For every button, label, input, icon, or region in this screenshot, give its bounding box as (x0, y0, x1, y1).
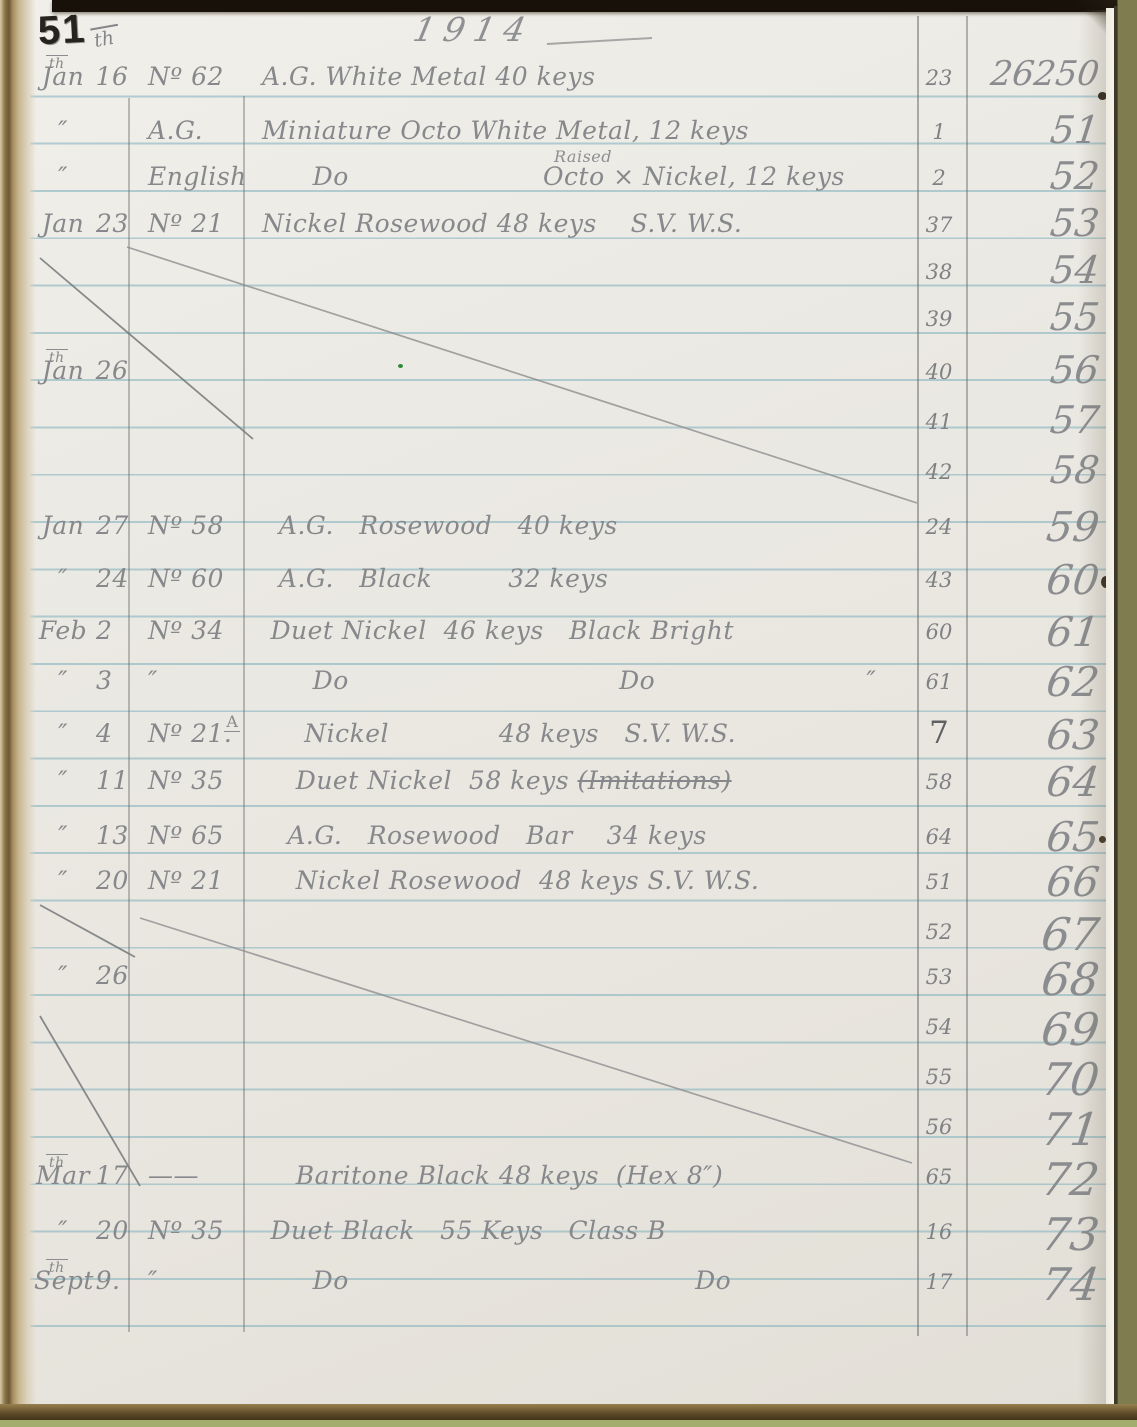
entry-description (262, 1011, 912, 1040)
entry-description (262, 406, 912, 435)
entry-description: Do Octo × Nickel, 12 keysRaised (262, 162, 912, 191)
ledger-row: Jan23 Nº 21 Nickel Rosewood 48 keys S.V.… (0, 205, 1117, 253)
entry-date: ″ (34, 116, 156, 145)
ledger-row: 54 69 (0, 1007, 1117, 1055)
entry-description-text: A.G. Rosewood Bar 34 keys (262, 821, 707, 850)
entry-model-number (140, 961, 258, 990)
entry-date: ″ (34, 162, 156, 191)
entry-description (262, 916, 912, 945)
entry-date: Septth9. (34, 1266, 156, 1295)
entry-count: 23 (914, 66, 964, 90)
entry-count: 43 (914, 568, 964, 592)
entry-count: 61 (914, 670, 964, 694)
entry-date-day: 26 (96, 356, 129, 385)
entry-date-month: ″ (34, 162, 92, 191)
entry-date: ″11 (34, 766, 156, 795)
ledger-rows: Janth16 Nº 62 A.G. White Metal 40 keys 2… (0, 0, 1117, 1411)
entry-description: A.G. White Metal 40 keys (262, 62, 912, 91)
entry-count: 39 (914, 307, 964, 331)
entry-model-number: Nº 62 (140, 62, 258, 91)
entry-description-struck: (Imitations) (578, 766, 732, 795)
entry-date-month: ″ (34, 866, 92, 895)
entry-date-day: 3 (96, 666, 112, 695)
ledger-row: 56 71 (0, 1107, 1117, 1155)
ledger-row: 42 58 (0, 452, 1117, 500)
entry-date-day: 13 (96, 821, 129, 850)
entry-count: 37 (914, 213, 964, 237)
entry-count: 1 (914, 120, 964, 144)
entry-description-text: Duet Nickel 58 keys (262, 766, 578, 795)
entry-date (34, 303, 156, 332)
entry-model-text: Nº 62 (148, 62, 224, 91)
entry-date-ordinal: th (46, 349, 68, 366)
entry-count: 53 (914, 965, 964, 989)
entry-date-month: ″ (34, 821, 92, 850)
entry-date-day: 11 (96, 766, 129, 795)
entry-model-text: Nº 58 (148, 511, 224, 540)
entry-count: 65 (914, 1165, 964, 1189)
green-speck (398, 364, 403, 368)
ledger-row: ″24 Nº 60 A.G. Black 32 keys 43 60 (0, 560, 1117, 608)
entry-date-ordinal: th (46, 1154, 68, 1171)
entry-description (262, 1061, 912, 1090)
entry-model-number: ″ (140, 1266, 258, 1295)
scanned-ledger-page: 51 th 1914 Janth16 Nº 62 A.G. White Meta… (0, 0, 1137, 1427)
entry-count: 2 (914, 166, 964, 190)
entry-date: Feb2 (34, 616, 156, 645)
entry-date-month: ″ (34, 719, 92, 748)
ledger-row: Marth17 —— Baritone Black 48 keys (Hex 8… (0, 1157, 1117, 1205)
entry-description-text: Nickel Rosewood 48 keys S.V. W.S. (262, 866, 759, 895)
entry-model-number (140, 456, 258, 485)
entry-model-text: ″ (148, 1266, 158, 1295)
entry-description-text: Duet Nickel 46 keys Black Bright (262, 616, 734, 645)
entry-description: A.G. Rosewood 40 keys (262, 511, 912, 540)
entry-description: Duet Black 55 Keys Class B (262, 1216, 912, 1245)
entry-description: Baritone Black 48 keys (Hex 8″) (262, 1161, 912, 1190)
entry-description-text: A.G. Rosewood 40 keys (262, 511, 618, 540)
entry-model-text: Nº 35 (148, 1216, 224, 1245)
entry-description-insert: Raised (554, 147, 612, 166)
entry-description: Nickel 48 keys S.V. W.S. (262, 719, 912, 748)
entry-date: Jan27 (34, 511, 156, 540)
entry-model-number: —— (140, 1161, 258, 1190)
entry-description (262, 356, 912, 385)
entry-description (262, 456, 912, 485)
entry-count: 51 (914, 870, 964, 894)
ledger-row: ″ English Do Octo × Nickel, 12 keysRaise… (0, 158, 1117, 206)
page-bottom-edge (0, 1404, 1137, 1420)
entry-model-number (140, 303, 258, 332)
entry-model-number (140, 406, 258, 435)
entry-description: Do Do ″ (262, 666, 912, 695)
entry-count: 7 (914, 715, 964, 751)
entry-date: ″4 (34, 719, 156, 748)
entry-date: ″3 (34, 666, 156, 695)
entry-date (34, 456, 156, 485)
entry-description-text: A.G. White Metal 40 keys (262, 62, 596, 91)
entry-model-text: —— (148, 1161, 199, 1190)
ledger-row: ″13 Nº 65 A.G. Rosewood Bar 34 keys 64 6… (0, 817, 1117, 865)
entry-model-number: Nº 35 (140, 1216, 258, 1245)
entry-model-number (140, 1111, 258, 1140)
page-top-edge (52, 0, 1137, 12)
entry-model-number (140, 256, 258, 285)
entry-model-number: ″ (140, 666, 258, 695)
entry-date-ordinal: th (46, 1259, 68, 1276)
ledger-row: ″26 53 68 (0, 957, 1117, 1005)
entry-model-number: Nº 58 (140, 511, 258, 540)
entry-count: 54 (914, 1015, 964, 1039)
ledger-row: 41 57 (0, 402, 1117, 450)
entry-count: 60 (914, 620, 964, 644)
entry-model-text: Nº 21 (148, 209, 224, 238)
entry-model-number (140, 916, 258, 945)
entry-date-month: ″ (34, 666, 92, 695)
entry-description-text: Nickel Rosewood 48 keys S.V. W.S. (262, 209, 742, 238)
entry-model-number: Nº 21 (140, 209, 258, 238)
entry-description-text: Baritone Black 48 keys (Hex 8″) (262, 1161, 723, 1190)
entry-date-day: 27 (96, 511, 129, 540)
entry-count: 64 (914, 825, 964, 849)
ledger-row: ″3 ″ Do Do ″ 61 62 (0, 662, 1117, 710)
entry-model-variant: A (224, 712, 240, 732)
entry-date-month: Jan (34, 511, 92, 540)
scanner-background-bottom (0, 1420, 1137, 1427)
entry-model-number: A.G. (140, 116, 258, 145)
page-right-edge (1106, 8, 1114, 1410)
entry-description-text: A.G. Black 32 keys (262, 564, 608, 593)
entry-description: Nickel Rosewood 48 keys S.V. W.S. (262, 209, 912, 238)
entry-date (34, 1061, 156, 1090)
entry-date: Marth17 (34, 1161, 156, 1190)
entry-description-text: Duet Black 55 Keys Class B (262, 1216, 666, 1245)
entry-date-month: Jan (34, 209, 92, 238)
entry-date (34, 1011, 156, 1040)
entry-date (34, 406, 156, 435)
entry-description: Miniature Octo White Metal, 12 keys (262, 116, 912, 145)
page-curve-shadow (1078, 10, 1106, 1405)
ledger-row: Janth26 40 56 (0, 352, 1117, 400)
entry-date-month: ″ (34, 564, 92, 593)
entry-date: ″20 (34, 1216, 156, 1245)
ledger-row: Feb2 Nº 34 Duet Nickel 46 keys Black Bri… (0, 612, 1117, 660)
entry-description (262, 256, 912, 285)
ledger-row: ″20 Nº 35 Duet Black 55 Keys Class B 16 … (0, 1212, 1117, 1260)
ledger-row: 38 54 (0, 252, 1117, 300)
entry-count: 17 (914, 1270, 964, 1294)
entry-date: Janth16 (34, 62, 156, 91)
entry-date (34, 1111, 156, 1140)
entry-model-number: Nº 65 (140, 821, 258, 850)
ledger-row: ″20 Nº 21 Nickel Rosewood 48 keys S.V. W… (0, 862, 1117, 910)
entry-date-day: 20 (96, 866, 129, 895)
ledger-row: Jan27 Nº 58 A.G. Rosewood 40 keys 24 59 (0, 507, 1117, 555)
entry-model-text: Nº 60 (148, 564, 224, 593)
ledger-row: 55 70 (0, 1057, 1117, 1105)
entry-description: Duet Nickel 58 keys (Imitations) (262, 766, 912, 795)
entry-model-number (140, 356, 258, 385)
entry-model-number: Nº 35 (140, 766, 258, 795)
entry-description: A.G. Black 32 keys (262, 564, 912, 593)
ledger-row: Janth16 Nº 62 A.G. White Metal 40 keys 2… (0, 58, 1117, 106)
entry-date-month: ″ (34, 961, 92, 990)
entry-count: 24 (914, 515, 964, 539)
entry-date-day: 23 (96, 209, 129, 238)
entry-model-text: Nº 34 (148, 616, 224, 645)
entry-date-day: 17 (96, 1161, 129, 1190)
entry-date (34, 256, 156, 285)
entry-date-month: ″ (34, 766, 92, 795)
entry-date: ″20 (34, 866, 156, 895)
entry-date-day: 4 (96, 719, 112, 748)
entry-date-day: 26 (96, 961, 129, 990)
entry-model-number: Nº 21 (140, 866, 258, 895)
entry-model-number: Nº 21.A (140, 719, 258, 748)
entry-description: A.G. Rosewood Bar 34 keys (262, 821, 912, 850)
entry-model-number (140, 1011, 258, 1040)
entry-description: Do Do (262, 1266, 912, 1295)
entry-model-number: English (140, 162, 258, 191)
entry-description (262, 303, 912, 332)
binding-edge (0, 0, 36, 1427)
entry-model-number: Nº 34 (140, 616, 258, 645)
entry-model-text: Nº 21 (148, 866, 224, 895)
scanner-background-right (1117, 0, 1137, 1427)
ledger-row: 39 55 (0, 299, 1117, 347)
entry-model-text: A.G. (148, 116, 203, 145)
entry-date: Jan23 (34, 209, 156, 238)
ledger-row: 52 67 (0, 912, 1117, 960)
entry-date (34, 916, 156, 945)
entry-model-number: Nº 60 (140, 564, 258, 593)
entry-date-month: ″ (34, 116, 92, 145)
entry-description-text: Do Octo × Nickel, 12 keys (262, 162, 845, 191)
entry-description-text: Do Do ″ (262, 666, 876, 695)
entry-model-text: Nº 21. (148, 719, 232, 748)
entry-count: 40 (914, 360, 964, 384)
entry-description-text: Do Do (262, 1266, 731, 1295)
entry-count: 42 (914, 460, 964, 484)
entry-date-month: Feb (34, 616, 92, 645)
entry-count: 56 (914, 1115, 964, 1139)
entry-count: 38 (914, 260, 964, 284)
entry-count: 16 (914, 1220, 964, 1244)
entry-model-number (140, 1061, 258, 1090)
entry-date-day: 24 (96, 564, 129, 593)
entry-description: Nickel Rosewood 48 keys S.V. W.S. (262, 866, 912, 895)
entry-date: Janth26 (34, 356, 156, 385)
entry-model-text: English (148, 162, 247, 191)
ledger-row: Septth9. ″ Do Do 17 74 (0, 1262, 1117, 1310)
entry-model-text: ″ (148, 666, 158, 695)
entry-description (262, 961, 912, 990)
ledger-row: ″11 Nº 35 Duet Nickel 58 keys (Imitation… (0, 762, 1117, 810)
entry-count: 52 (914, 920, 964, 944)
entry-model-text: Nº 65 (148, 821, 224, 850)
entry-count: 55 (914, 1065, 964, 1089)
entry-model-text: Nº 35 (148, 766, 224, 795)
entry-date-day: 16 (96, 62, 129, 91)
entry-date: ″13 (34, 821, 156, 850)
entry-count: 58 (914, 770, 964, 794)
entry-description (262, 1111, 912, 1140)
entry-date-day: 9. (96, 1266, 121, 1295)
entry-count: 41 (914, 410, 964, 434)
entry-date: ″24 (34, 564, 156, 593)
entry-date-ordinal: th (46, 55, 68, 72)
entry-description-text: Miniature Octo White Metal, 12 keys (262, 116, 749, 145)
entry-description: Duet Nickel 46 keys Black Bright (262, 616, 912, 645)
entry-date: ″26 (34, 961, 156, 990)
entry-date-day: 2 (96, 616, 112, 645)
entry-description-text: Nickel 48 keys S.V. W.S. (262, 719, 736, 748)
entry-date-month: ″ (34, 1216, 92, 1245)
entry-date-day: 20 (96, 1216, 129, 1245)
ledger-row: ″4 Nº 21.A Nickel 48 keys S.V. W.S. 7 63 (0, 715, 1117, 763)
